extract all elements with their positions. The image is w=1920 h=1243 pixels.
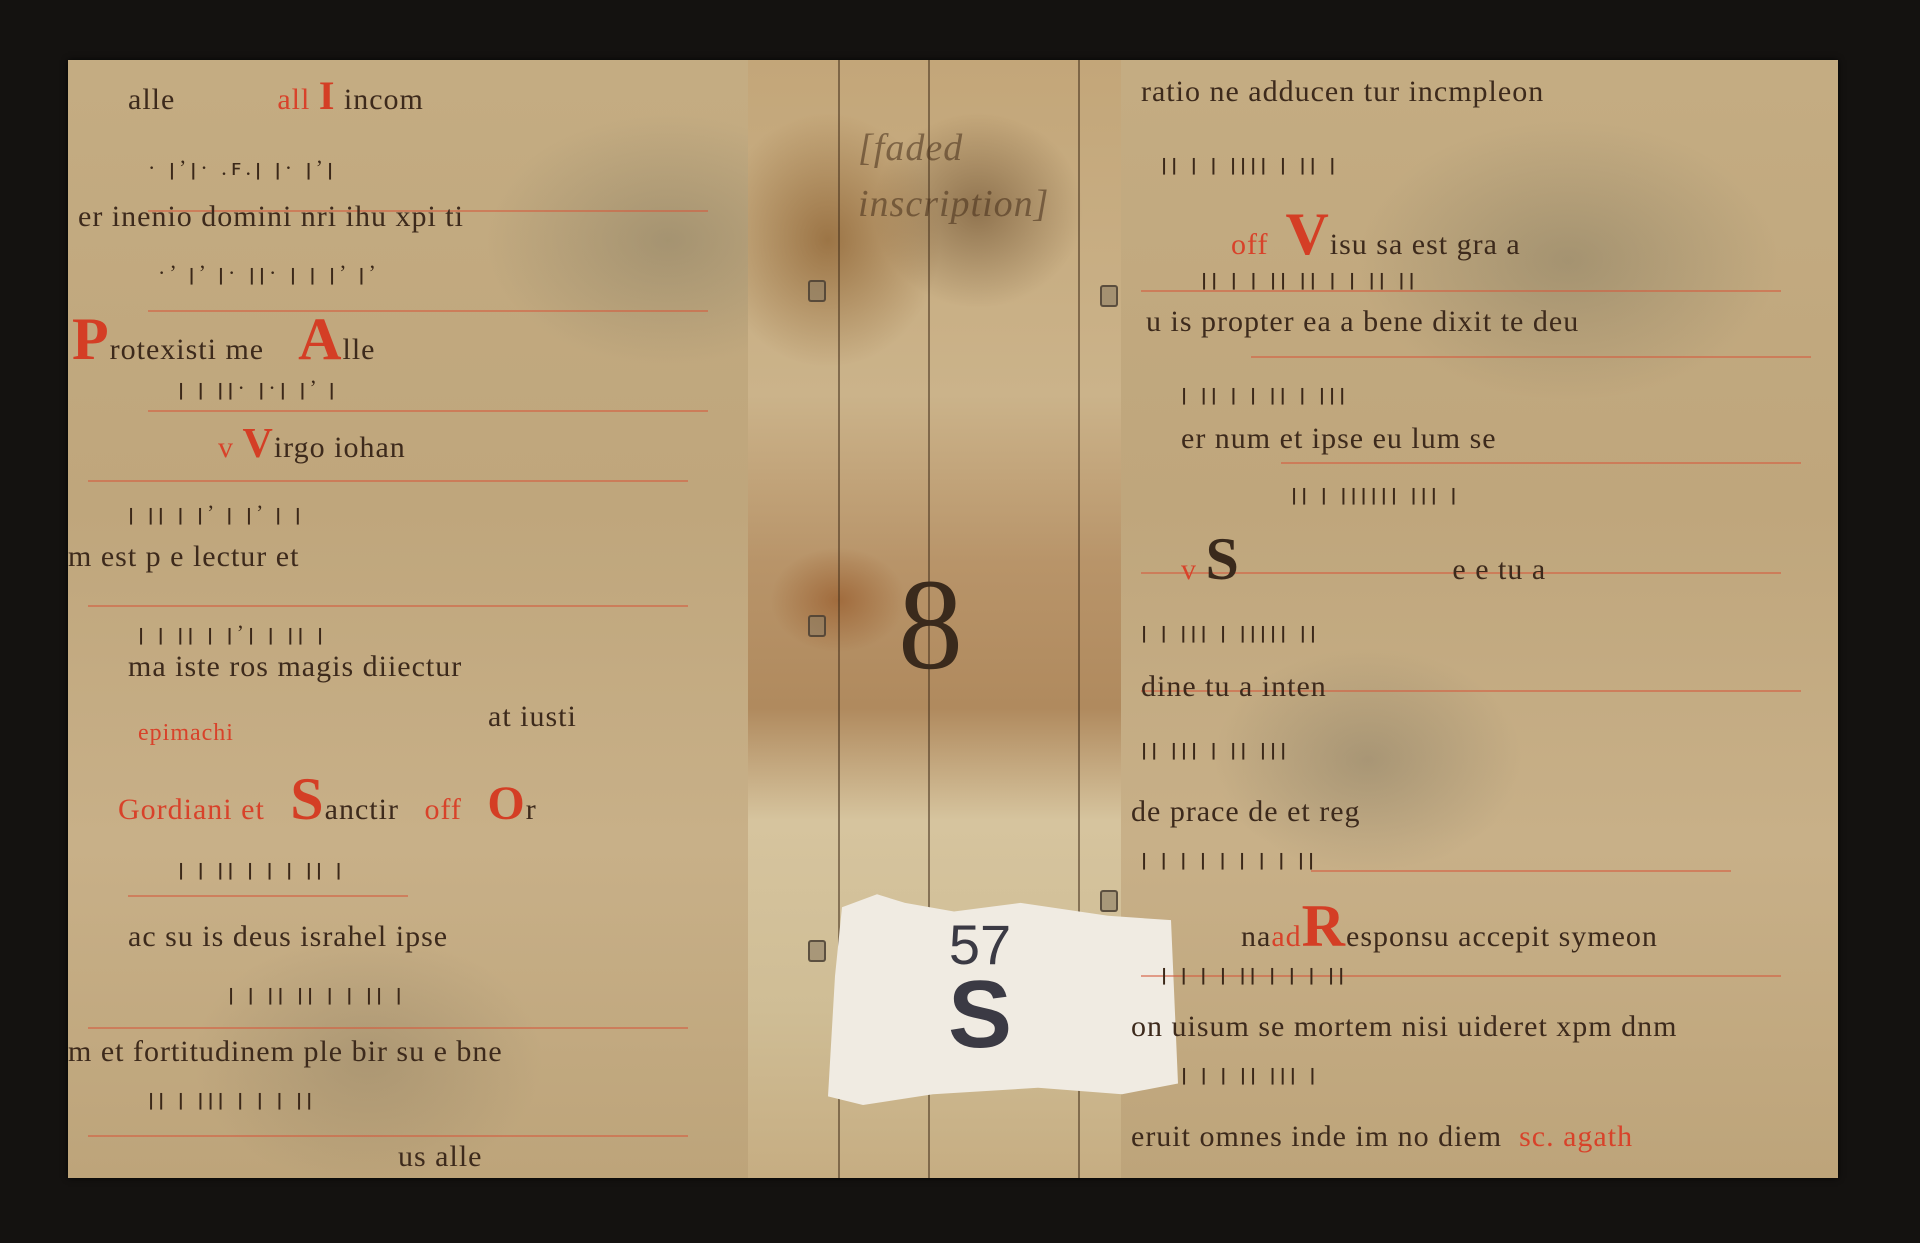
neume-line: ꞁ ꞁ ꞁ ꞁ ꞁꞁ ꞁ ꞁ ꞁ ꞁꞁ xyxy=(1161,960,1348,986)
text-line: er num et ipse eu lum se xyxy=(1181,422,1497,456)
text-line: us alle xyxy=(398,1140,482,1174)
text-line: at iusti xyxy=(488,700,577,734)
neume-line: ꞁꞁ ꞁ ꞁꞁꞁꞁꞁꞁ ꞁꞁꞁ ꞁ xyxy=(1291,480,1460,506)
spine: [faded inscription] 8 57 S xyxy=(748,60,1121,1178)
rubric-initial: I xyxy=(319,73,336,118)
neume-line: ꞁ ꞁꞁ ꞁ ꞁ’ ꞁ ꞁ’ ꞁ ꞁ xyxy=(128,500,305,526)
text-line: er inenio domini nri ihu xpi ti xyxy=(78,200,464,234)
text-line: ac su is deus israhel ipse xyxy=(128,920,448,954)
neume-line: ꞁꞁ ꞁ ꞁ ꞁꞁ ꞁꞁ ꞁ ꞁ ꞁꞁ ꞁꞁ xyxy=(1201,265,1419,291)
text-line: ma iste ros magis diiectur xyxy=(128,650,462,684)
text-line: m et fortitudinem ple bir su e bne xyxy=(68,1035,503,1069)
sewing-station xyxy=(1100,890,1118,912)
rubric-initial-p: P xyxy=(72,306,110,372)
rubric-line: epimachi xyxy=(138,720,234,747)
neume-line: ꞁ ꞁ ꞁꞁ ꞁꞁ ꞁ ꞁ ꞁꞁ ꞁ xyxy=(228,980,406,1006)
neume-line: ꞁ ꞁ ꞁ ꞁ ꞁ ꞁ ꞁ ꞁ ꞁꞁ xyxy=(1141,845,1318,871)
rubric-initial-r: R xyxy=(1302,893,1346,959)
rubric-initial-o: O xyxy=(487,777,525,830)
neume-line: ꞁ ꞁ ꞁꞁꞁ ꞁ ꞁꞁꞁꞁꞁ ꞁꞁ xyxy=(1141,618,1320,644)
rubric-initial-s: S xyxy=(290,766,324,832)
text-line: ratio ne adducen tur incmpleon xyxy=(1141,75,1544,109)
neume-line: ꞁ ꞁꞁ ꞁ ꞁ ꞁꞁ ꞁ ꞁꞁꞁ xyxy=(1181,380,1349,406)
shelf-mark: 8 xyxy=(898,560,963,690)
neume-line: · ꞁ’ꞁ· .ꜰ.ꞁ ꞁ· ꞁ’ꞁ xyxy=(148,155,337,181)
manuscript-binding: alle all I incom · ꞁ’ꞁ· .ꜰ.ꞁ ꞁ· ꞁ’ꞁ er i… xyxy=(68,60,1838,1178)
text-line: m est p e lectur et xyxy=(68,540,299,574)
text-line: de prace de et reg xyxy=(1131,795,1361,829)
text-line: v S e e tu a xyxy=(1181,525,1546,594)
neume-line: ꞁ ꞁ ꞁꞁ ꞁ ꞁ’ꞁ ꞁ ꞁꞁ ꞁ xyxy=(138,620,327,646)
rubric-initial-v: V xyxy=(1285,201,1329,267)
sewing-station xyxy=(808,940,826,962)
text-line: u is propter ea a bene dixit te deu xyxy=(1146,305,1579,339)
spine-faded-title: [faded inscription] xyxy=(858,120,1038,250)
neume-line: ꞁꞁ ꞁ ꞁ ꞁꞁꞁꞁ ꞁ ꞁꞁ ꞁ xyxy=(1161,150,1339,176)
rubric-initial-v: V xyxy=(243,421,274,467)
neume-line: ꞁ ꞁ ꞁ ꞁꞁ ꞁꞁꞁ ꞁ xyxy=(1181,1060,1320,1086)
neume-line: ꞁ ꞁ ꞁꞁ· ꞁ·ꞁ ꞁ’ ꞁ xyxy=(178,375,339,401)
text-line: naadResponsu accepit symeon xyxy=(1241,892,1658,961)
text-line: Gordiani et Sanctir off Or xyxy=(118,765,537,834)
text-line: dine tu a inten xyxy=(1141,670,1327,704)
sewing-station xyxy=(808,280,826,302)
right-cover: ratio ne adducen tur incmpleon ꞁꞁ ꞁ ꞁ ꞁꞁ… xyxy=(1121,50,1838,1178)
text-line: v Virgo iohan xyxy=(218,420,406,468)
neume-line: ·’ ꞁ’ ꞁ· ꞁꞁ· ꞁ ꞁ ꞁ’ ꞁ’ xyxy=(158,260,380,286)
rubric-initial-a: A xyxy=(298,306,342,372)
text-line: eruit omnes inde im no diem sc. agath xyxy=(1131,1120,1633,1154)
text-line: off Visu sa est gra a xyxy=(1231,200,1521,269)
left-cover: alle all I incom · ꞁ’ꞁ· .ꜰ.ꞁ ꞁ· ꞁ’ꞁ er i… xyxy=(68,60,748,1178)
text-line: Protexisti me Alle xyxy=(72,305,375,374)
initial-s: S xyxy=(1206,526,1240,592)
sewing-station xyxy=(1100,285,1118,307)
label-text: 57 S xyxy=(948,910,1012,1050)
sewing-station xyxy=(808,615,826,637)
neume-line: ꞁ ꞁ ꞁꞁ ꞁ ꞁ ꞁ ꞁꞁ ꞁ xyxy=(178,855,346,881)
text-line: alle all I incom xyxy=(128,72,424,119)
neume-line: ꞁꞁ ꞁꞁꞁ ꞁ ꞁꞁ ꞁꞁꞁ xyxy=(1141,735,1290,761)
text-line: on uisum se mortem nisi uideret xpm dnm xyxy=(1131,1010,1677,1044)
neume-line: ꞁꞁ ꞁ ꞁꞁꞁ ꞁ ꞁ ꞁ ꞁꞁ xyxy=(148,1085,316,1111)
